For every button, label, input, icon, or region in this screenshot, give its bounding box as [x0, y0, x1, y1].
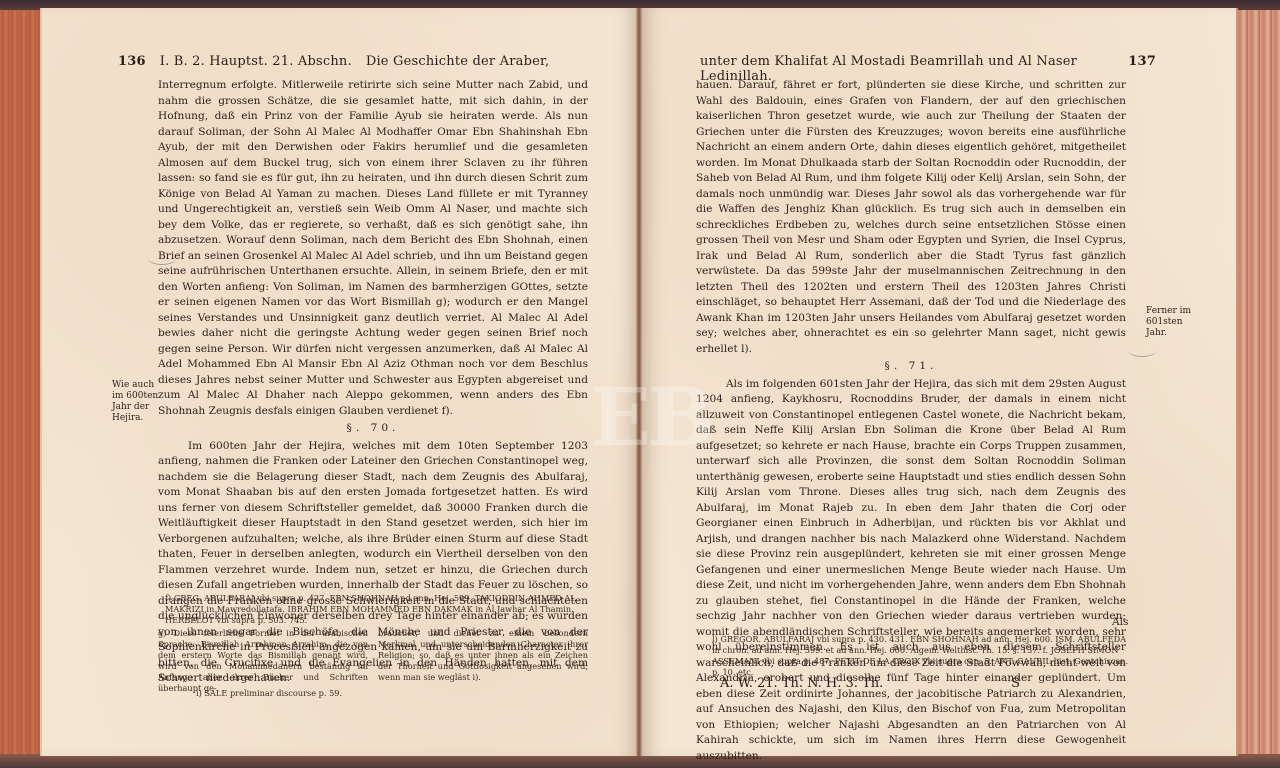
watermark: EB [590, 370, 711, 464]
signature-volume: A. W. 21. Th. N. H. 3. Th. [720, 676, 883, 691]
book-edge-left [0, 0, 40, 768]
left-running-head: 136 I. B. 2. Hauptst. 21. Abschn. Die Ge… [118, 54, 588, 69]
footnote-g-col2: brauchet, und dienet zu einem besondern … [378, 628, 588, 694]
section-heading-70: §. 70. [158, 421, 588, 437]
footnote-g: g) Diese feierliche Formel in der arabis… [158, 628, 588, 694]
footnote-f: f) GREG. ABULFARAJ vbi supra p. 427. EBN… [165, 593, 585, 626]
catchword: Als [1112, 616, 1128, 628]
pencil-mark-right [1128, 344, 1156, 357]
right-page-number: 137 [1128, 54, 1156, 84]
section-71-body: Als im folgenden 601sten Jahr der Hejira… [696, 377, 1126, 765]
left-head-chapter: I. B. 2. Hauptst. 21. Abschn. [160, 54, 352, 69]
pencil-mark-left [148, 252, 176, 265]
right-paragraph: hauen. Darauf, fähret er fort, plünderte… [696, 78, 1126, 357]
section-heading-71: §. 71. [696, 359, 1126, 375]
left-paragraph: Interregnum erfolgte. Mitlerweile retiri… [158, 78, 588, 419]
book-edge-right [1236, 0, 1280, 768]
left-page-number: 136 [118, 54, 146, 69]
signature-line: A. W. 21. Th. N. H. 3. Th. S [720, 676, 1020, 691]
signature-mark: S [1011, 676, 1020, 691]
footnote-g-col1: g) Diese feierliche Formel in der arabis… [158, 628, 368, 694]
left-margin-note: Wie auch im 600ten Jahr der Hejira. [112, 380, 164, 424]
footnote-l: l) GREGOR. ABULFARAJ vbi supra p. 430. 4… [712, 634, 1132, 678]
left-head-title: Die Geschichte der Araber, [366, 54, 550, 69]
right-margin-note: Ferner im 601sten Jahr. [1146, 306, 1206, 339]
footnote-i: i) SALE preliminar discourse p. 59. [196, 688, 496, 699]
